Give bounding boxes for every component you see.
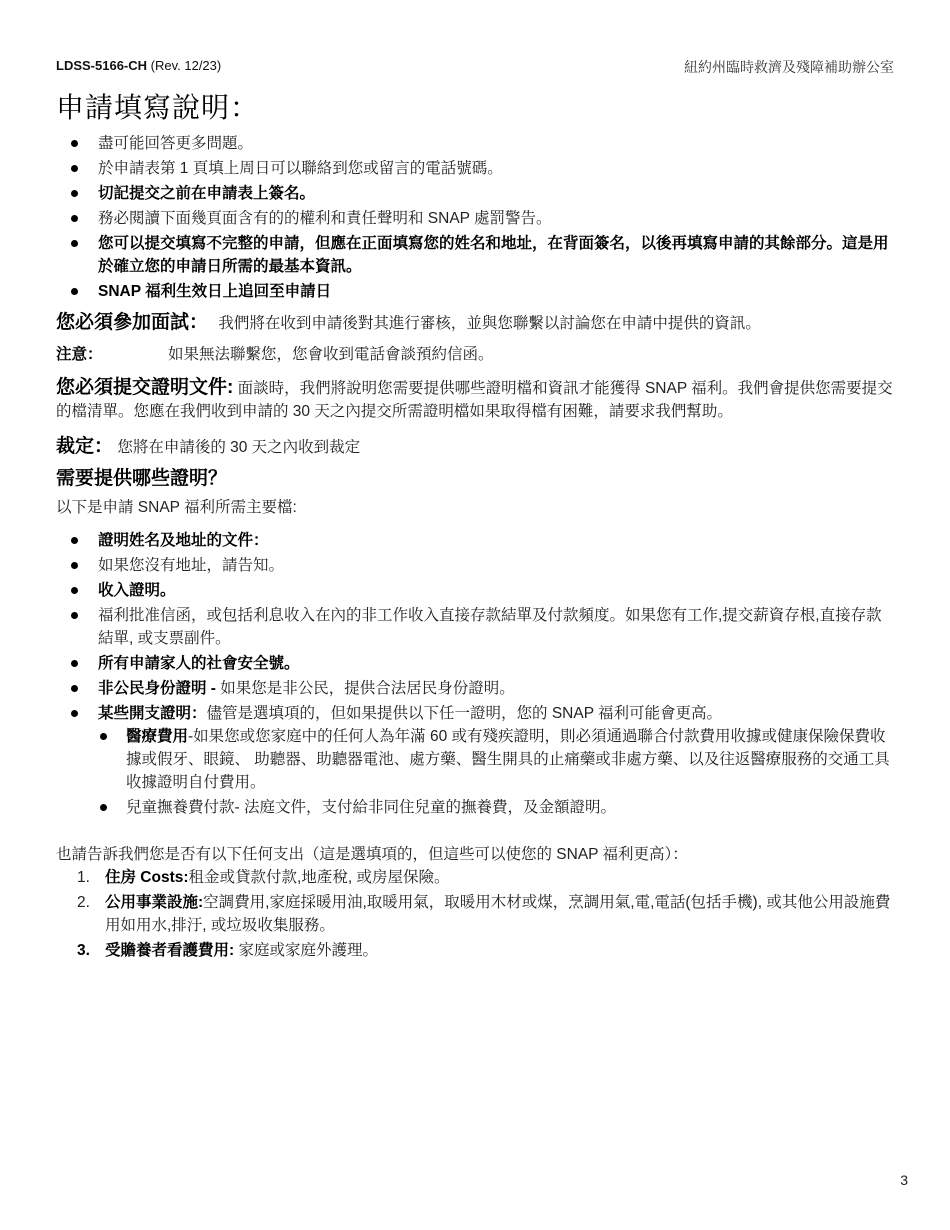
expense-item: 3.受贍養者看護費用: 家庭或家庭外護理。 xyxy=(56,939,896,962)
proof-item: 收入證明。 xyxy=(56,579,896,602)
proof-docs-label: 您必須提交證明文件: xyxy=(56,377,233,398)
document-body: 盡可能回答更多問題。 於申請表第 1 頁填上周日可以聯絡到您或留言的電話號碼。 … xyxy=(56,132,896,964)
form-revision: (Rev. 12/23) xyxy=(151,58,222,73)
expense-proof-sublist: 醫療費用-如果您或您家庭中的任何人為年滿 60 或有殘疾證明，則必須通過聯合付款… xyxy=(56,725,896,819)
proof-list: 證明姓名及地址的文件： 如果您沒有地址，請告知。 收入證明。 福利批准信函，或包… xyxy=(56,529,896,819)
proof-item: 所有申請家人的社會安全號。 xyxy=(56,652,896,675)
proof-item: 如果您沒有地址，請告知。 xyxy=(56,554,896,577)
expense-proof-item: 醫療費用-如果您或您家庭中的任何人為年滿 60 或有殘疾證明，則必須通過聯合付款… xyxy=(56,725,896,794)
note-label: 注意： xyxy=(56,343,168,366)
instruction-item: 於申請表第 1 頁填上周日可以聯絡到您或留言的電話號碼。 xyxy=(56,157,896,180)
proof-item: 非公民身份證明 - 如果您是非公民，提供合法居民身份證明。 xyxy=(56,677,896,700)
decision-text: 您將在申請後的 30 天之內收到裁定 xyxy=(117,439,360,456)
interview-section: 您必須參加面試： 我們將在收到申請後對其進行審核，並與您聯繫以討論您在申請中提供… xyxy=(56,311,896,335)
interview-label: 您必須參加面試： xyxy=(56,312,208,333)
instruction-item: 您可以提交填寫不完整的申請，但應在正面填寫您的姓名和地址，在背面簽名，以後再填寫… xyxy=(56,232,896,278)
form-identifier: LDSS-5166-CH (Rev. 12/23) xyxy=(56,58,221,73)
expenses-intro: 也請告訴我們您是否有以下任何支出（這是選填項的，但這些可以使您的 SNAP 福利… xyxy=(56,843,896,866)
instructions-list: 盡可能回答更多問題。 於申請表第 1 頁填上周日可以聯絡到您或留言的電話號碼。 … xyxy=(56,132,896,303)
decision-label: 裁定： xyxy=(56,436,113,457)
document-page: LDSS-5166-CH (Rev. 12/23) 紐約州臨時救濟及殘障補助辦公… xyxy=(0,0,950,1230)
proof-docs-section: 您必須提交證明文件: 面談時，我們將說明您需要提供哪些證明檔和資訊才能獲得 SN… xyxy=(56,376,896,423)
proof-section-heading: 需要提供哪些證明？ xyxy=(56,467,896,490)
decision-section: 裁定： 您將在申請後的 30 天之內收到裁定 xyxy=(56,435,896,459)
note-section: 注意：如果無法聯繫您，您會收到電話會談預約信函。 xyxy=(56,343,896,366)
expense-item: 2.公用事業設施:空調費用,家庭採暖用油,取暖用氣，取暖用木材或煤，烹調用氣,電… xyxy=(56,891,896,937)
proof-item: 證明姓名及地址的文件： xyxy=(56,529,896,552)
instruction-item: 務必閱讀下面幾頁面含有的的權利和責任聲明和 SNAP 處罰警告。 xyxy=(56,207,896,230)
expenses-list: 1.住房 Costs:租金或貸款付款,地產稅, 或房屋保險。 2.公用事業設施:… xyxy=(56,866,896,962)
expense-item: 1.住房 Costs:租金或貸款付款,地產稅, 或房屋保險。 xyxy=(56,866,896,889)
instruction-item: 切記提交之前在申請表上簽名。 xyxy=(56,182,896,205)
note-text: 如果無法聯繫您，您會收到電話會談預約信函。 xyxy=(168,346,494,363)
form-code: LDSS-5166-CH xyxy=(56,58,147,73)
page-number: 3 xyxy=(900,1172,908,1188)
agency-name: 紐約州臨時救濟及殘障補助辦公室 xyxy=(684,57,894,77)
proof-section-intro: 以下是申請 SNAP 福利所需主要檔: xyxy=(56,496,896,519)
interview-text: 我們將在收到申請後對其進行審核，並與您聯繫以討論您在申請中提供的資訊。 xyxy=(218,315,761,332)
proof-item: 某些開支證明：儘管是選填項的，但如果提供以下任一證明，您的 SNAP 福利可能會… xyxy=(56,702,896,819)
page-title: 申請填寫說明： xyxy=(56,86,259,126)
instruction-item: SNAP 福利生效日上追回至申請日 xyxy=(56,280,896,303)
instruction-item: 盡可能回答更多問題。 xyxy=(56,132,896,155)
expense-proof-item: 兒童撫養費付款- 法庭文件，支付給非同住兒童的撫養費，及金額證明。 xyxy=(56,796,896,819)
proof-item: 福利批准信函，或包括利息收入在內的非工作收入直接存款結單及付款頻度。如果您有工作… xyxy=(56,604,896,650)
